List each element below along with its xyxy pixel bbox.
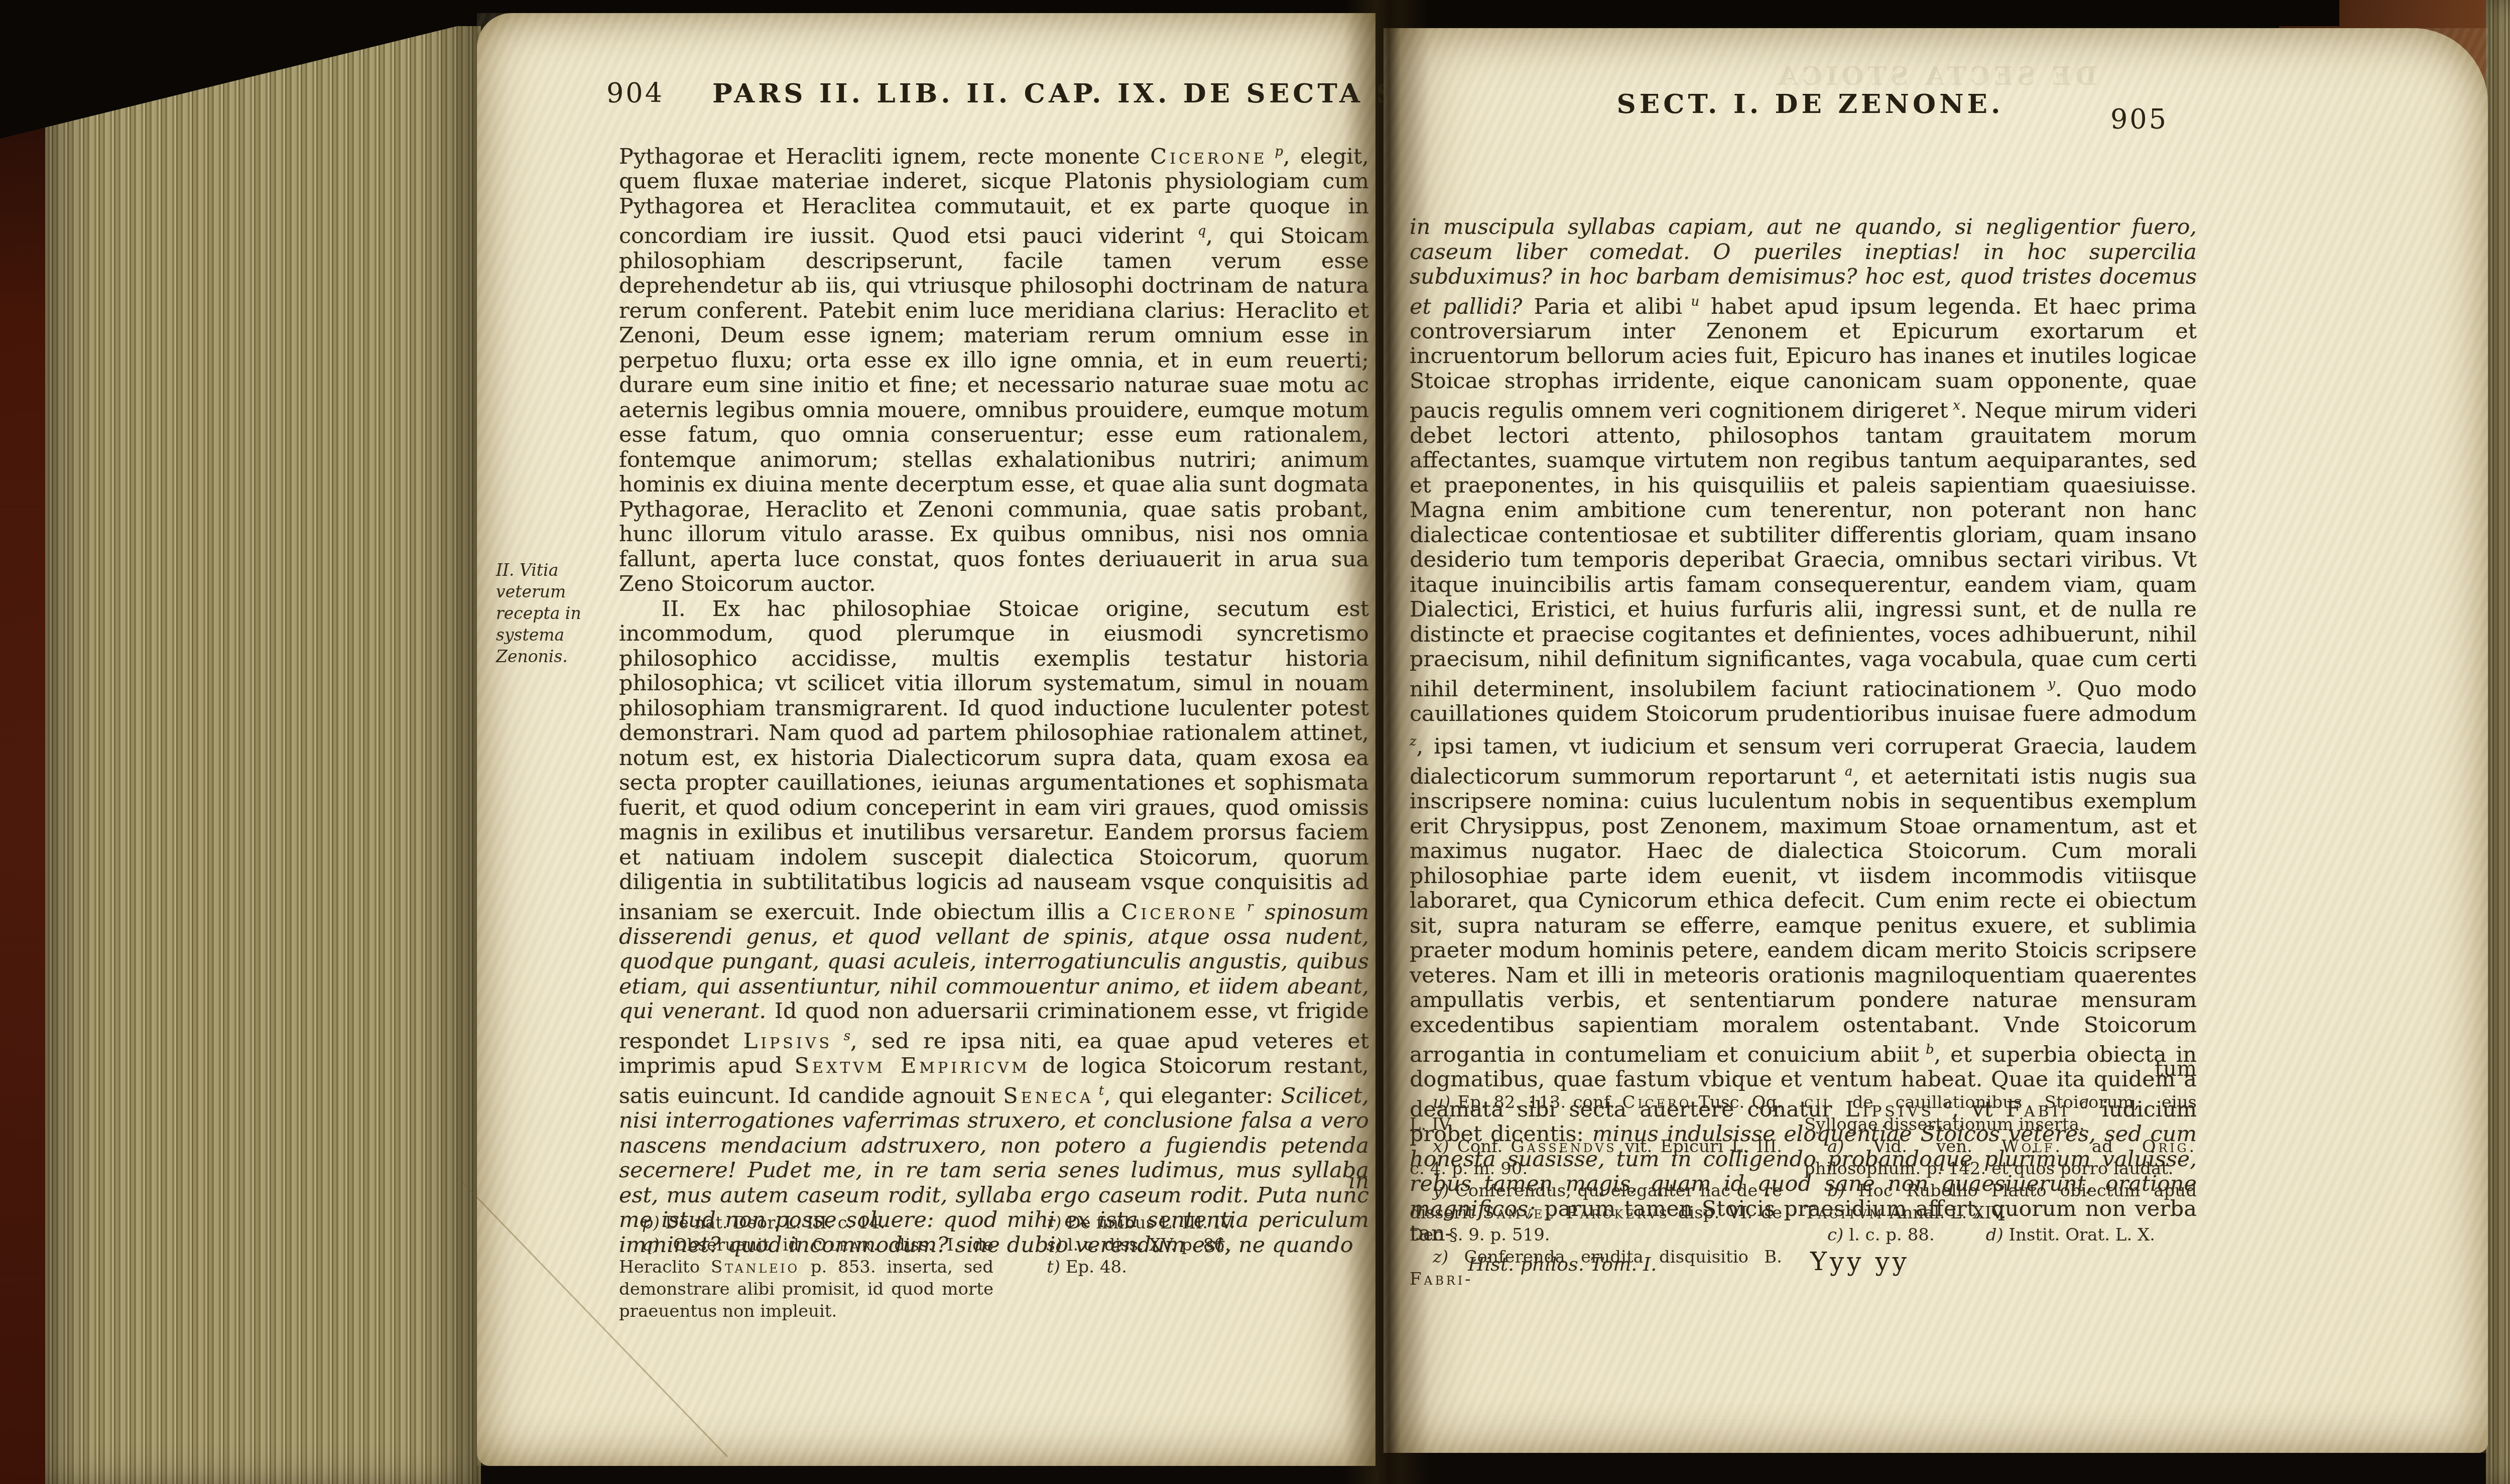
footnote-c-d: c) l. c. p. 88. d) Instit. Orat. L. X.	[1804, 1224, 2197, 1246]
left-footnotes-col1: p) De nat. Deor. L. III. c. 14. q) Obser…	[619, 1212, 993, 1322]
right-catchword: tum	[1410, 1056, 2197, 1081]
right-page-header: SECT. I. DE ZENONE.	[1409, 88, 2212, 119]
footnote-y: y) Conferendus, qui eleganter hac de re …	[1410, 1180, 1782, 1246]
footnote-t: t) Ep. 48.	[1024, 1256, 1369, 1278]
footnote-z-continuation: cii de cauillationibus Stoicorum, eius S…	[1804, 1091, 2197, 1136]
footnote-b: b) Hoc Rubellio Plauto obiectum apud Tac…	[1804, 1180, 2197, 1224]
footnote-r: r) De finibus L. III. IV.	[1024, 1212, 1369, 1234]
right-running-title: SECT. I. DE ZENONE.	[1617, 88, 2004, 119]
show-through-text: DE SECTA STOICA	[1384, 61, 2488, 91]
left-catchword: in	[619, 1169, 1369, 1193]
footnote-u: u) Ep. 82. 113. conf. Cicero Tusc. Qq. L…	[1410, 1091, 1782, 1136]
footnote-q: q) Obseruauit id Olear. diss. I. de Hera…	[619, 1234, 993, 1322]
fore-edge-right-page-stack	[2486, 0, 2510, 1484]
fore-edge-left-page-stack	[45, 0, 481, 1484]
footnote-x: x) Conf. Gassendvs vit. Epicuri L. III. …	[1410, 1136, 1782, 1180]
left-page-number: 904	[606, 77, 664, 109]
paragraph-1: Pythagorae et Heracliti ignem, recte mon…	[619, 140, 1369, 597]
paragraph-2: II. Ex hac philosophiae Stoicae origine,…	[619, 597, 1369, 1258]
footnote-a: a) Vid. ven. Wolf. ad Orig. philosophum.…	[1804, 1136, 2197, 1180]
right-page-number: 905	[2110, 103, 2168, 135]
left-footnotes-col2: r) De finibus L. III. IV. s) l. c. diss.…	[1024, 1212, 1369, 1322]
footnote-s: s) l. c. diss. XV. p. 86.	[1024, 1234, 1369, 1256]
left-footnotes: p) De nat. Deor. L. III. c. 14. q) Obser…	[619, 1212, 1369, 1322]
left-page-body: Pythagorae et Heracliti ignem, recte mon…	[619, 140, 1369, 1258]
right-page: DE SECTA STOICA SECT. I. DE ZENONE. 905 …	[1384, 28, 2488, 1453]
volume-line: Hist. philos. Tom. I.	[1468, 1253, 1657, 1275]
book-scan: { "book": { "left_page": { "page_number"…	[0, 0, 2510, 1484]
gathering-signature: Yyy yy	[1810, 1247, 1910, 1276]
left-page: 904 PARS II. LIB. II. CAP. IX. DE SECTA …	[477, 13, 1375, 1466]
margin-note: II. Vitia veterum recepta in systema Zen…	[496, 559, 610, 667]
footnote-p: p) De nat. Deor. L. III. c. 14.	[619, 1212, 993, 1234]
